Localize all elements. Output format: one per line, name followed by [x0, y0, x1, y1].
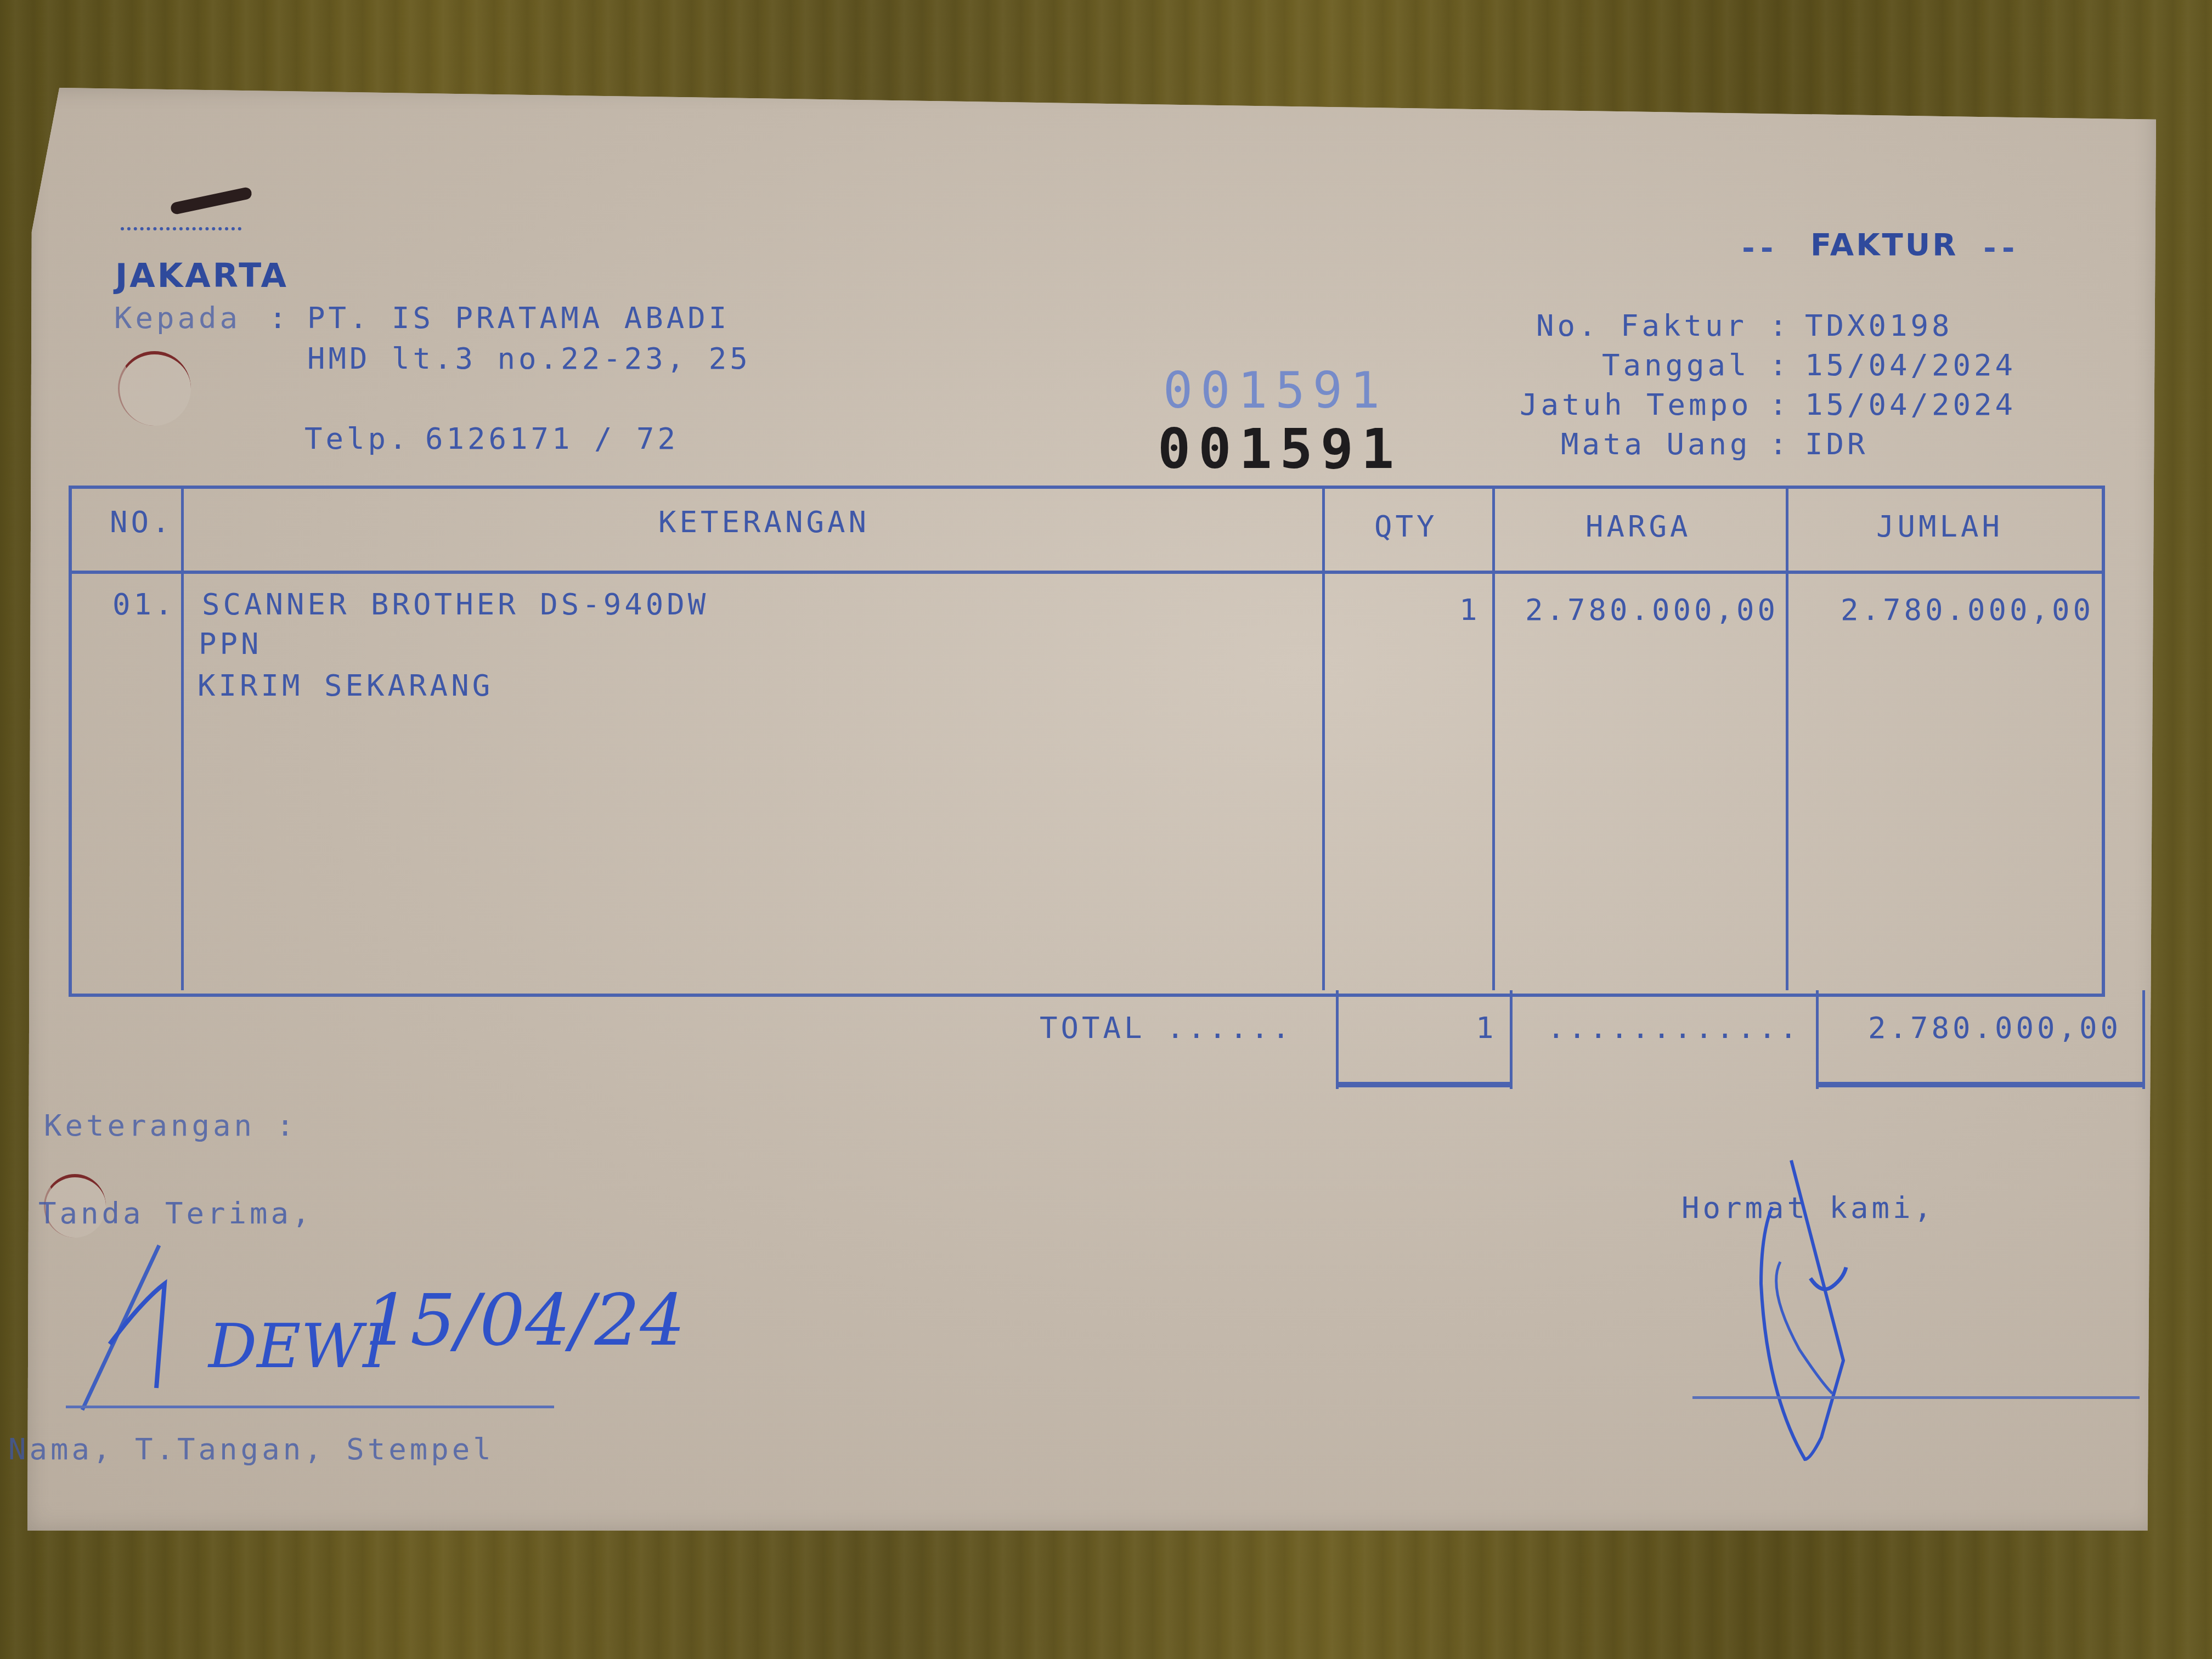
title-text: FAKTUR — [1810, 227, 1958, 263]
header-qty: QTY — [1374, 509, 1438, 544]
recipient-label: Kepada — [114, 301, 241, 335]
serial-number-stamp-black: 001591 — [1158, 417, 1402, 481]
total-amount-border — [2142, 990, 2145, 1089]
total-qty-underline — [1336, 1082, 1513, 1087]
total-qty: 1 — [1476, 1011, 1497, 1045]
row-description-line: SCANNER BROTHER DS-940DW — [202, 587, 709, 622]
notes-label: Keterangan : — [44, 1108, 297, 1143]
row-qty: 1 — [1459, 592, 1481, 627]
receiver-signature-name: DEWI — [208, 1311, 387, 1381]
total-qty-border — [1510, 990, 1513, 1089]
total-amount: 2.780.000,00 — [1868, 1011, 2121, 1045]
row-description-line: KIRIM SEKARANG — [198, 668, 493, 703]
header-price: HARGA — [1585, 509, 1691, 544]
total-amount-border — [1816, 990, 1819, 1089]
row-no: 01. — [112, 587, 176, 622]
sender-city: JAKARTA — [115, 257, 289, 295]
recipient-separator: : — [269, 301, 290, 335]
header-no: NO. — [110, 505, 173, 539]
meta-value-invoice-no: TDX0198 — [1805, 308, 1953, 343]
total-filler: ............ — [1547, 1011, 1801, 1045]
row-price: 2.780.000,00 — [1525, 592, 1779, 627]
meta-label-due-date: Jatuh Tempo — [1520, 387, 1752, 422]
meta-label-invoice-no: No. Faktur — [1536, 308, 1747, 343]
received-caption: Nama, T.Tangan, Stempel — [8, 1432, 494, 1466]
receiver-signature-date: 15/04/24 — [365, 1278, 685, 1362]
serial-number-stamp-blue: 001591 — [1163, 362, 1387, 420]
total-label: TOTAL ...... — [1040, 1011, 1293, 1045]
recipient-phone-label: Telp. — [304, 421, 410, 456]
title-dash-left: -- — [1739, 230, 1776, 266]
column-divider — [1322, 488, 1325, 990]
column-divider — [1492, 488, 1495, 990]
received-label: Tanda Terima, — [38, 1196, 313, 1231]
meta-sep: : — [1769, 427, 1791, 461]
header-divider — [69, 571, 2104, 574]
header-amount: JUMLAH — [1876, 509, 2003, 544]
recipient-address: HMD lt.3 no.22-23, 25 — [307, 341, 751, 376]
total-qty-border — [1336, 990, 1339, 1089]
meta-label-date: Tanggal — [1602, 348, 1750, 382]
table-border — [69, 486, 2105, 997]
row-description-line: PPN — [199, 627, 262, 661]
header-description: KETERANGAN — [658, 505, 870, 539]
total-amount-underline — [1816, 1082, 2145, 1087]
punch-hole — [118, 351, 191, 426]
recipient-phone: 6126171 / 72 — [425, 421, 679, 456]
meta-value-currency: IDR — [1805, 427, 1869, 461]
meta-value-date: 15/04/2024 — [1805, 348, 2016, 382]
title-dash-right: -- — [1980, 230, 2017, 266]
meta-value-due-date: 15/04/2024 — [1805, 387, 2016, 422]
company-tagline-mark — [121, 227, 241, 236]
meta-sep: : — [1769, 308, 1791, 343]
recipient-name: PT. IS PRATAMA ABADI — [307, 301, 730, 335]
receiver-signature-line — [66, 1406, 554, 1408]
column-divider — [181, 488, 184, 990]
row-amount: 2.780.000,00 — [1841, 592, 2094, 627]
column-divider — [1786, 488, 1788, 990]
sender-signature-line — [1692, 1396, 2140, 1399]
meta-sep: : — [1769, 348, 1791, 382]
meta-label-currency: Mata Uang — [1561, 427, 1751, 461]
meta-sep: : — [1769, 387, 1791, 422]
sender-signature-mark — [1745, 1152, 1887, 1503]
